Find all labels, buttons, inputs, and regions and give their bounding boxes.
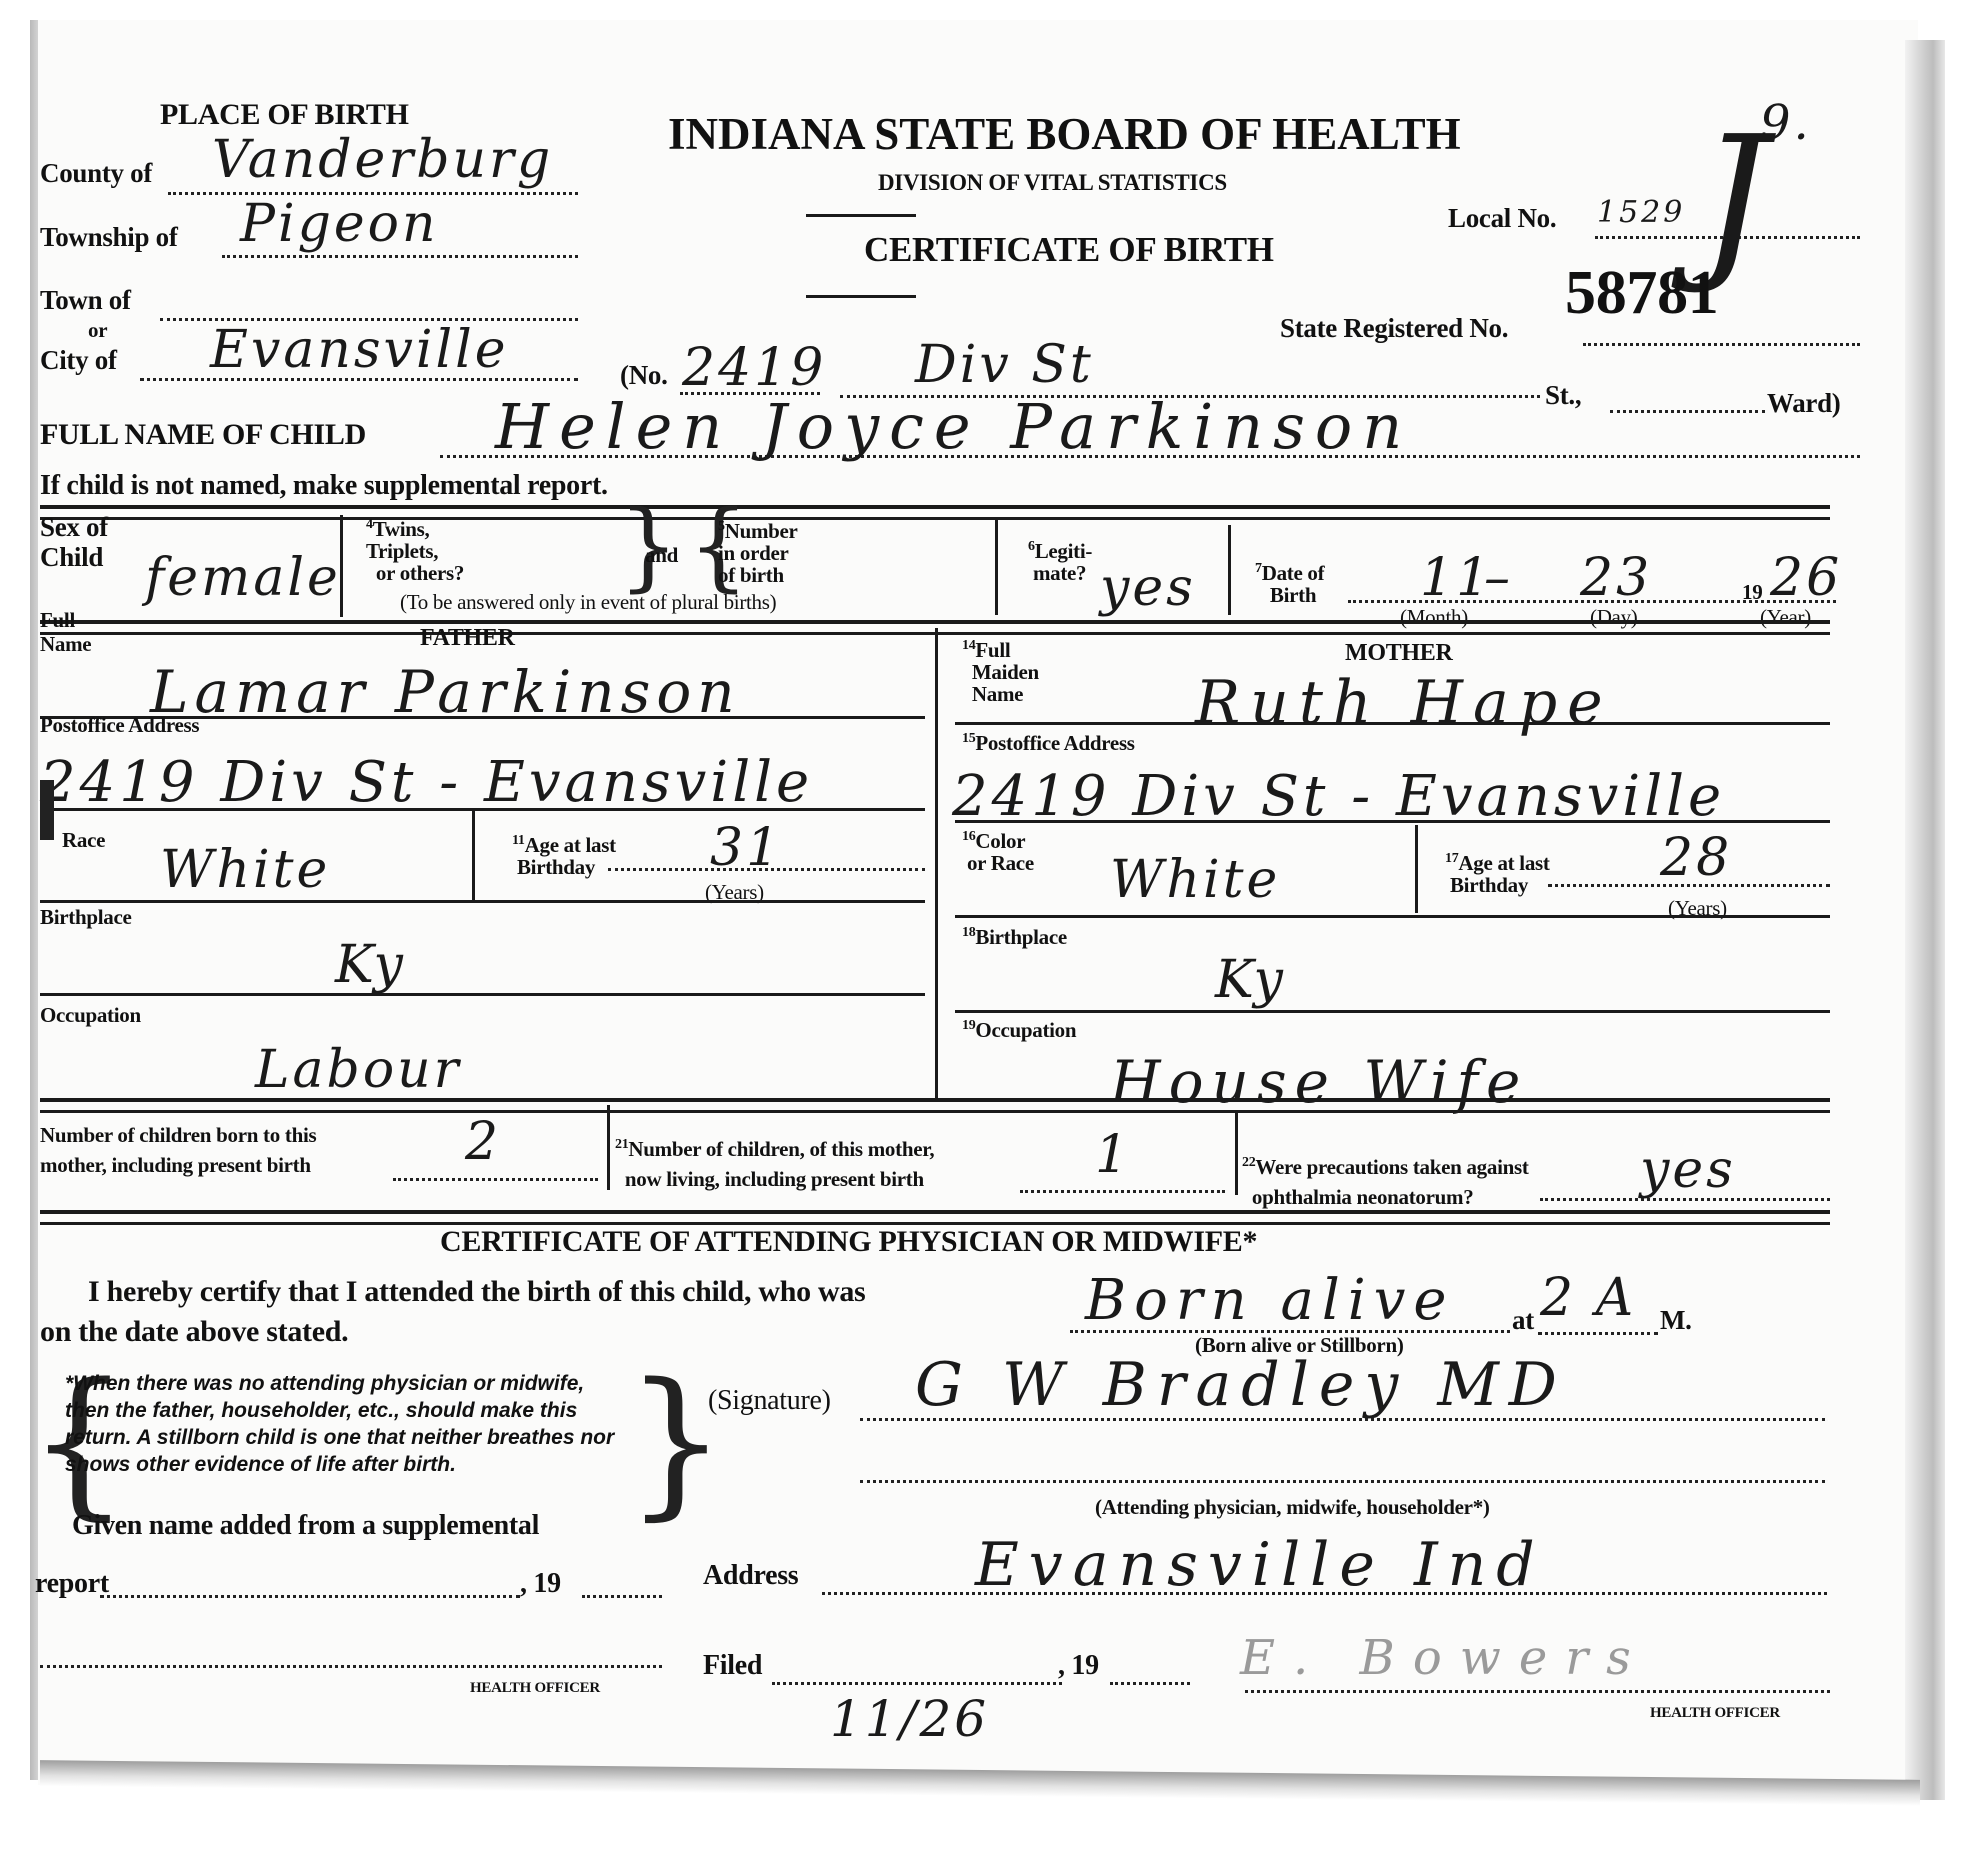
right-brace: } <box>625 1348 727 1535</box>
born-status-value[interactable]: Born alive <box>1085 1268 1455 1333</box>
local-no-value[interactable]: 1529 <box>1597 195 1685 230</box>
sex-value[interactable]: female <box>145 548 341 608</box>
mother-address-label: 15Postoffice Address <box>962 731 1135 756</box>
street-no-value[interactable]: 2419 <box>682 338 826 398</box>
mother-race-value[interactable]: White <box>1110 850 1280 910</box>
street-no-label: (No. <box>620 360 668 391</box>
filed-officer-signature[interactable]: E. Bowers <box>1240 1630 1649 1686</box>
mother-name-value[interactable]: Ruth Hape <box>1195 668 1613 738</box>
dob-day-value[interactable]: 23 <box>1580 548 1652 608</box>
section-divider <box>40 1210 1830 1225</box>
father-section-title: FATHER <box>420 625 515 652</box>
row-rule <box>40 993 925 996</box>
column-divider <box>1235 1110 1238 1195</box>
city-label: City of <box>40 345 117 376</box>
physician-section-title: CERTIFICATE OF ATTENDING PHYSICIAN OR MI… <box>440 1225 1257 1259</box>
mother-birthplace-label: 18Birthplace <box>962 925 1067 950</box>
children-living-label: 21Number of children, of this mother, no… <box>615 1130 934 1194</box>
row-rule <box>955 722 1830 725</box>
dob-month-value[interactable]: 11 <box>1420 548 1492 608</box>
address-label: Address <box>703 1560 798 1592</box>
father-occupation-value[interactable]: Labour <box>255 1040 461 1100</box>
place-of-birth-title: PLACE OF BIRTH <box>160 98 409 132</box>
and-label: and <box>645 543 678 568</box>
sex-label: Sex ofChild <box>40 512 108 572</box>
row-rule <box>955 1010 1830 1013</box>
dob-year-value[interactable]: 26 <box>1770 548 1842 608</box>
father-birthplace-label: Birthplace <box>40 905 132 930</box>
section-divider <box>40 505 1830 520</box>
street-suffix: St., <box>1545 380 1581 411</box>
children-living-value[interactable]: 1 <box>1095 1125 1131 1185</box>
time-line <box>1538 1332 1658 1335</box>
scan-right-edge <box>1905 40 1945 1800</box>
column-divider <box>472 810 475 900</box>
mother-race-label: 16Color or Race <box>962 826 1034 874</box>
signature-value[interactable]: G W Bradley MD <box>915 1350 1567 1420</box>
row-rule <box>955 915 1830 918</box>
ward-line <box>1610 410 1765 413</box>
report-year-prefix: , 19 <box>520 1568 561 1600</box>
certificate-title: CERTIFICATE OF BIRTH <box>864 230 1274 270</box>
precautions-value[interactable]: yes <box>1640 1140 1736 1200</box>
column-divider <box>607 1105 610 1190</box>
father-occupation-label: Occupation <box>40 1003 141 1028</box>
certify-text-1: I hereby certify that I attended the bir… <box>88 1275 865 1309</box>
mother-birthplace-value[interactable]: Ky <box>1215 950 1286 1010</box>
board-title: INDIANA STATE BOARD OF HEALTH <box>668 108 1461 160</box>
county-label: County of <box>40 158 152 189</box>
row-rule <box>40 808 925 811</box>
mother-section-title: MOTHER <box>1345 640 1453 667</box>
signature-line-2 <box>860 1480 1825 1483</box>
report-label: report <box>35 1568 109 1600</box>
section-divider <box>40 1098 1830 1113</box>
filed-year-prefix: , 19 <box>1058 1650 1099 1682</box>
twins-label: 4Twins,Triplets, or others? <box>366 514 464 584</box>
father-age-label: 11Age at last Birthday <box>512 830 616 878</box>
filed-year-line <box>1110 1682 1190 1685</box>
column-divider <box>995 520 998 615</box>
state-registered-value[interactable]: 58781 <box>1565 258 1719 329</box>
city-value[interactable]: Evansville <box>210 320 509 380</box>
certify-text-2: on the date above stated. <box>40 1315 348 1349</box>
order-label: 5Numberin orderof birth <box>718 516 798 586</box>
town-label: Town of <box>40 285 131 316</box>
report-line <box>100 1595 520 1598</box>
children-living-line <box>1020 1190 1225 1193</box>
father-address-value[interactable]: 2419 Div St - Evansville <box>40 750 813 815</box>
precautions-label: 22Were precautions taken against ophthal… <box>1242 1148 1529 1212</box>
m-label: M. <box>1660 1305 1692 1336</box>
footnote: *When there was no attending physician o… <box>65 1370 625 1478</box>
township-value[interactable]: Pigeon <box>240 194 438 254</box>
column-divider <box>1228 525 1231 615</box>
state-registered-label: State Registered No. <box>1280 313 1508 344</box>
county-value[interactable]: Vanderburg <box>212 130 553 190</box>
filed-date-value[interactable]: 11/26 <box>830 1690 989 1748</box>
filed-label: Filed <box>703 1650 762 1682</box>
children-born-value[interactable]: 2 <box>465 1112 501 1172</box>
date-of-birth-label: 7Date of Birth <box>1255 558 1324 606</box>
ward-label: Ward) <box>1767 388 1841 419</box>
row-rule <box>40 900 925 903</box>
address-value[interactable]: Evansville Ind <box>975 1530 1545 1600</box>
signature-caption: (Attending physician, midwife, household… <box>1095 1495 1490 1520</box>
health-officer-line <box>40 1665 662 1668</box>
scan-binding-mark <box>40 780 54 840</box>
division-title: DIVISION OF VITAL STATISTICS <box>878 170 1227 196</box>
father-address-label: Postoffice Address <box>40 713 199 738</box>
header-divider <box>806 214 916 217</box>
state-registered-line <box>1583 343 1860 346</box>
dob-dash: – <box>1484 548 1513 608</box>
township-line <box>222 255 578 258</box>
township-label: Township of <box>40 222 178 253</box>
father-age-value[interactable]: 31 <box>710 818 782 878</box>
street-value[interactable]: Div St <box>915 335 1094 395</box>
at-label: at <box>1512 1305 1534 1336</box>
father-race-value[interactable]: White <box>160 840 330 900</box>
report-year-line <box>582 1595 662 1598</box>
time-value[interactable]: 2 A <box>1540 1268 1636 1328</box>
column-divider <box>340 515 343 617</box>
filed-health-officer-label: HEALTH OFFICER <box>1650 1705 1780 1722</box>
child-full-name-value[interactable]: Helen Joyce Parkinson <box>495 390 1412 463</box>
mother-occupation-label: 19Occupation <box>962 1018 1076 1043</box>
or-label: or <box>88 318 107 343</box>
filed-line <box>772 1682 1062 1685</box>
mother-name-label: 14Full Maiden Name <box>962 635 1039 705</box>
mother-age-label: 17Age at last Birthday <box>1445 848 1550 896</box>
children-born-line <box>393 1178 598 1181</box>
parents-divider <box>935 628 938 1098</box>
local-no-label: Local No. <box>1448 203 1556 234</box>
full-name-label: FULL NAME OF CHILD <box>40 418 366 452</box>
supplemental-note: If child is not named, make supplemental… <box>40 470 608 502</box>
dob-year-prefix: 19 <box>1742 580 1762 605</box>
father-birthplace-value[interactable]: Ky <box>335 935 406 995</box>
children-born-label: Number of children born to thismother, i… <box>40 1120 316 1180</box>
given-name-label: Given name added from a supplemental <box>72 1510 539 1542</box>
father-name-label: FullName <box>40 608 91 656</box>
plural-births-note: (To be answered only in event of plural … <box>400 590 776 615</box>
header-divider <box>806 295 916 298</box>
father-race-label: Race <box>62 828 105 853</box>
row-rule <box>955 820 1830 823</box>
legitimate-value[interactable]: yes <box>1100 558 1196 618</box>
health-officer-label: HEALTH OFFICER <box>470 1680 600 1697</box>
legitimate-label: 6Legiti- mate? <box>1028 536 1092 584</box>
column-divider <box>1415 825 1418 913</box>
mother-age-value[interactable]: 28 <box>1660 828 1732 888</box>
filed-officer-line <box>1245 1690 1830 1693</box>
signature-label: (Signature) <box>708 1385 831 1417</box>
